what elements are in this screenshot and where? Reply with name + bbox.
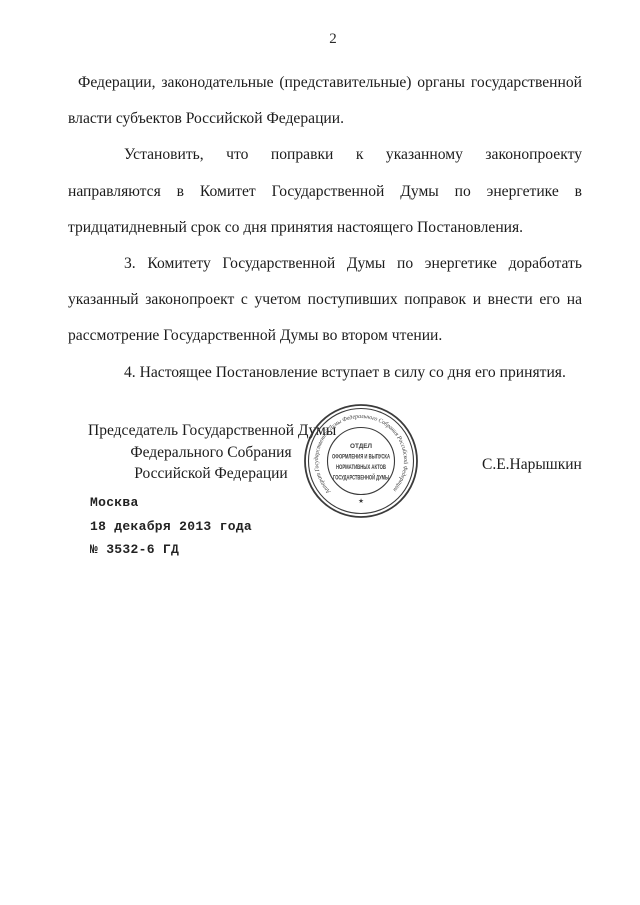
document-body: Федерации, законодательные (представител… [68,65,582,391]
paragraph-3: 3. Комитету Государственной Думы по энер… [68,246,582,355]
signature-title-line-1: Председатель Государственной Думы [88,420,334,442]
issue-date: 18 декабря 2013 года [90,515,252,539]
stamp-center-line-2: ОФОРМЛЕНИЯ И ВЫПУСКА [332,455,390,461]
paragraph-4: 4. Настоящее Постановление вступает в си… [68,355,582,391]
stamp-svg: Аппарат Государственной Думы Федеральног… [303,403,419,519]
document-number: № 3532-6 ГД [90,538,252,562]
paragraph-continuation: Федерации, законодательные (представител… [68,65,582,137]
stamp-center-line-1: ОТДЕЛ [350,443,373,450]
issue-details-block: Москва 18 декабря 2013 года № 3532-6 ГД [90,491,252,562]
signature-title-line-3: Российской Федерации [88,463,334,485]
document-page: 2 Федерации, законодательные (представит… [0,0,640,905]
signature-title-block: Председатель Государственной Думы Федера… [88,420,334,485]
stamp-star-icon: ★ [358,497,364,505]
page-number: 2 [26,31,640,48]
paragraph-2: Установить, что поправки к указанному за… [68,137,582,246]
signatory-name: С.Е.Нарышкин [482,456,582,474]
stamp-center-line-3: НОРМАТИВНЫХ АКТОВ [336,465,386,471]
official-stamp: Аппарат Государственной Думы Федеральног… [303,403,419,519]
issue-city: Москва [90,491,252,515]
stamp-inner-ring [328,428,395,495]
signature-title-line-2: Федерального Собрания [88,442,334,464]
stamp-center-line-4: ГОСУДАРСТВЕННОЙ ДУМЫ [333,474,389,482]
